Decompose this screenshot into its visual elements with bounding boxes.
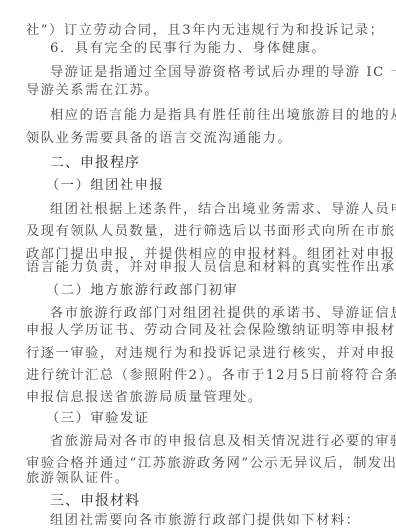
body-line: 省旅游局对各市的申报信息及相关情况进行必要的审验。 <box>50 433 380 451</box>
document-page: 社”）订立劳动合同，且3年内无违规行为和投诉记录； 6．具有完全的民事行为能力、… <box>0 0 396 529</box>
requirement-item-6: 6．具有完全的民事行为能力、身体健康。 <box>50 40 380 58</box>
body-line: 领队业务需要具备的语言交流沟通能力。 <box>26 130 356 148</box>
body-line: 导游关系需在江苏。 <box>26 82 356 100</box>
body-line: 进行统计汇总（参照附件2）。各市于12月5日前将符合条件的 <box>26 367 356 385</box>
body-line: 导游证是指通过全国导游资格考试后办理的导游 IC 卡； <box>50 64 380 82</box>
body-line: 旅游领队证件。 <box>26 470 356 488</box>
body-line: 语言能力负责，并对申报人员信息和材料的真实性作出承诺。 <box>26 259 356 277</box>
body-line: 组团社需要向各市旅游行政部门提供如下材料： <box>50 512 380 529</box>
section-heading-3: 三、申报材料 <box>50 492 380 510</box>
body-line: 相应的语言能力是指具有胜任前往出境旅游目的地的从事 <box>50 107 380 125</box>
subsection-heading-1: （一）组团社申报 <box>46 177 376 195</box>
body-line: 各市旅游行政部门对组团社提供的承诺书、导游证信息、 <box>50 305 380 323</box>
body-line: 社”）订立劳动合同，且3年内无违规行为和投诉记录； <box>26 22 356 40</box>
body-line: 行逐一审验，对违规行为和投诉记录进行核实，并对申报信息 <box>26 345 356 363</box>
section-heading-2: 二、申报程序 <box>50 154 380 172</box>
body-line: 组团社根据上述条件，结合出境业务需求、导游人员申报 <box>50 201 380 219</box>
body-line: 申报信息报送省旅游局质量管理处。 <box>26 389 356 407</box>
body-line: 申报人学历证书、劳动合同及社会保险缴纳证明等申报材料进 <box>26 322 356 340</box>
body-line: 及现有领队人员数量，进行筛选后以书面形式向所在市旅游行 <box>26 223 356 241</box>
subsection-heading-3: （三）审验发证 <box>46 410 376 428</box>
subsection-heading-2: （二）地方旅游行政部门初审 <box>46 282 376 300</box>
